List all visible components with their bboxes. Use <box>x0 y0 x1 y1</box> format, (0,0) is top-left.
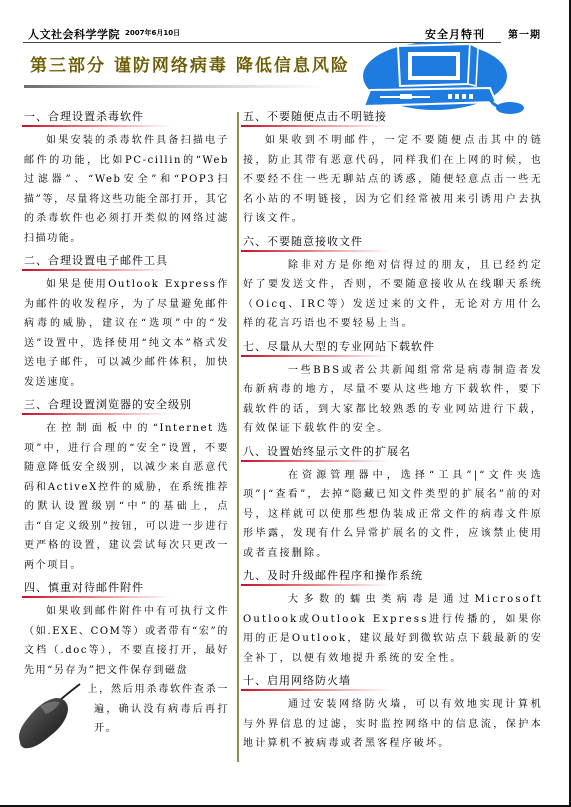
section-body: 除非对方是你绝对信得过的朋友，且已经约定好了要发送文件，否则，不要随意接收从在线… <box>243 256 543 334</box>
section-8: 八、设置始终显示文件的扩展名 在资源管理器中，选择“工具”|“文件夹选项”|“查… <box>243 443 543 564</box>
section-heading: 八、设置始终显示文件的扩展名 <box>243 443 543 462</box>
section-3: 三、合理设置浏览器的安全级别 在控制面板中的“Internet选项”中，进行合理… <box>24 396 229 575</box>
section-body: 如果是使用Outlook Express作为邮件的收发程序，为了尽量避免邮件病毒… <box>24 275 229 392</box>
section-body: 如果收到邮件附件中有可执行文件（如.EXE、COM等）或者带有“宏”的文档（.d… <box>24 602 229 680</box>
section-heading: 一、合理设置杀毒软件 <box>24 108 229 127</box>
column-divider <box>237 112 239 762</box>
section-4: 四、慎重对待邮件附件 如果收到邮件附件中有可执行文件（如.EXE、COM等）或者… <box>24 579 229 739</box>
section-2: 二、合理设置电子邮件工具 如果是使用Outlook Express作为邮件的收发… <box>24 252 229 392</box>
section-1: 一、合理设置杀毒软件 如果安装的杀毒软件具备扫描电子邮件的功能，比如PC-cil… <box>24 108 229 248</box>
part-title: 第三部分 谨防网络病毒 降低信息风险 <box>30 51 350 76</box>
section-body: 在控制面板中的“Internet选项”中，进行合理的“安全”设置，不要随意降低安… <box>24 419 229 575</box>
section-heading: 二、合理设置电子邮件工具 <box>24 252 229 271</box>
section-body: 大多数的蠕虫类病毒是通过Microsoft Outlook或Outlook Ex… <box>243 590 543 668</box>
section-10: 十、启用网络防火墙 通过安装网络防火墙，可以有效地实现计算机与外界信息的过滤，实… <box>243 672 543 754</box>
section-9: 九、及时升级邮件程序和操作系统 大多数的蠕虫类病毒是通过Microsoft Ou… <box>243 567 543 668</box>
section-heading: 七、尽量从大型的专业网站下载软件 <box>243 338 543 357</box>
section-body: 通过安装网络防火墙，可以有效地实现计算机与外界信息的过滤，实时监控网络中的信息流… <box>243 695 543 754</box>
header-org: 人文社会科学学院 <box>28 26 120 42</box>
header-date: 2007年6月10日 <box>125 28 180 38</box>
section-heading: 十、启用网络防火墙 <box>243 672 543 691</box>
section-7: 七、尽量从大型的专业网站下载软件 一些BBS或者公共新闻组常常是病毒制造者发布新… <box>243 338 543 439</box>
computer-mouse-photo <box>10 680 90 760</box>
section-heading: 六、不要随意接收文件 <box>243 233 543 252</box>
section-heading: 五、不要随便点击不明链接 <box>243 108 543 127</box>
section-heading: 三、合理设置浏览器的安全级别 <box>24 396 229 415</box>
section-heading: 九、及时升级邮件程序和操作系统 <box>243 567 543 586</box>
section-5: 五、不要随便点击不明链接 如果收到不明邮件，一定不要随便点击其中的链接，防止其带… <box>243 108 543 229</box>
left-column: 一、合理设置杀毒软件 如果安装的杀毒软件具备扫描电子邮件的功能，比如PC-cil… <box>24 108 229 760</box>
section-heading: 四、慎重对待邮件附件 <box>24 579 229 598</box>
title-rule <box>24 85 324 88</box>
section-body: 如果安装的杀毒软件具备扫描电子邮件的功能，比如PC-cillin的“Web过滤器… <box>24 131 229 248</box>
section-body: 如果收到不明邮件，一定不要随便点击其中的链接，防止其带有恶意代码，同样我们在上网… <box>243 131 543 229</box>
section-body: 在资源管理器中，选择“工具”|“文件夹选项”|“查看”，去掉“隐藏已知文件类型的… <box>243 466 543 564</box>
right-column: 五、不要随便点击不明链接 如果收到不明邮件，一定不要随便点击其中的链接，防止其带… <box>243 108 543 758</box>
computer-clipart-icon <box>330 36 540 118</box>
section-body: 一些BBS或者公共新闻组常常是病毒制造者发布新病毒的地方，尽量不要从这些地方下载… <box>243 361 543 439</box>
section-6: 六、不要随意接收文件 除非对方是你绝对信得过的朋友，且已经约定好了要发送文件，否… <box>243 233 543 334</box>
